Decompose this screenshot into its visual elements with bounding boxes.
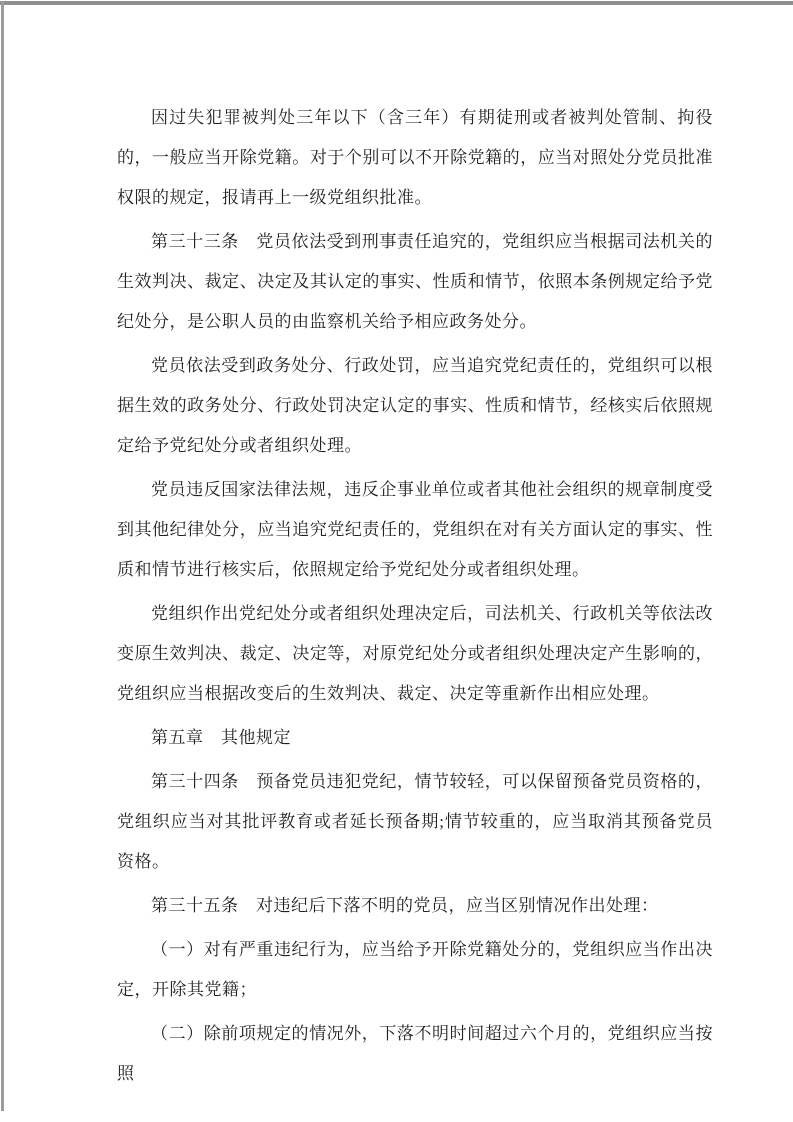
paragraph-chapter-heading: 第五章 其他规定 [117,718,713,758]
paragraph-article: 第三十四条 预备党员违犯党纪，情节较轻，可以保留预备党员资格的，党组织应当对其批… [117,762,713,882]
paragraph-body: 党员违反国家法律法规，违反企事业单位或者其他社会组织的规章制度受到其他纪律处分，… [117,470,713,590]
paragraph-item: （二）除前项规定的情况外，下落不明时间超过六个月的，党组织应当按照 [117,1014,713,1094]
paragraph-body: 党组织作出党纪处分或者组织处理决定后，司法机关、行政机关等依法改变原生效判决、裁… [117,594,713,714]
document-body: 因过失犯罪被判处三年以下（含三年）有期徒刑或者被判处管制、拘役的，一般应当开除党… [117,98,713,1098]
paragraph-article: 第三十三条 党员依法受到刑事责任追究的，党组织应当根据司法机关的生效判决、裁定、… [117,222,713,342]
paragraph-body: 因过失犯罪被判处三年以下（含三年）有期徒刑或者被判处管制、拘役的，一般应当开除党… [117,98,713,218]
page-top-edge [0,1,793,5]
paragraph-item: （一）对有严重违纪行为，应当给予开除党籍处分的，党组织应当作出决定，开除其党籍； [117,930,713,1010]
page-left-edge [1,1,4,1111]
document-page: 因过失犯罪被判处三年以下（含三年）有期徒刑或者被判处管制、拘役的，一般应当开除党… [0,0,793,1122]
paragraph-body: 党员依法受到政务处分、行政处罚，应当追究党纪责任的，党组织可以根据生效的政务处分… [117,346,713,466]
paragraph-article: 第三十五条 对违纪后下落不明的党员，应当区别情况作出处理： [117,886,713,926]
